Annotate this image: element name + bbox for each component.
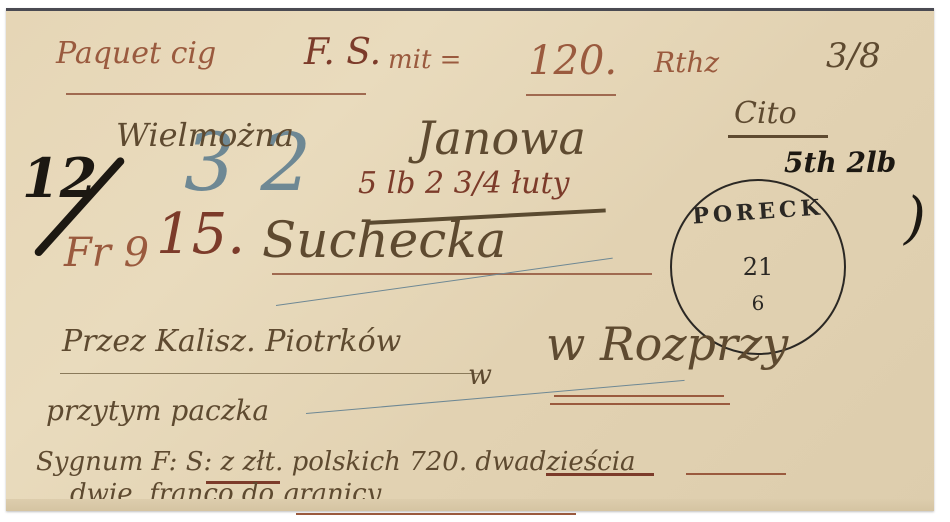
- route-line-2: w Rozprzy: [546, 321, 788, 367]
- underline: [60, 373, 480, 374]
- postal-cover: Paquet cig F. S. mit = 120. Rthz 3/8 Cit…: [6, 8, 934, 511]
- paquet-note: Paquet cig: [56, 39, 216, 69]
- postmark-town: PORECK: [671, 193, 844, 231]
- postmark-month: 6: [672, 291, 844, 315]
- fraction-mark: 3/8: [826, 39, 881, 73]
- rate-15: 15.: [156, 207, 245, 263]
- route-line-5: dwie. franco do granicy.: [70, 481, 386, 507]
- weight-note: 5 lb 2 3/4 łuty: [358, 169, 569, 199]
- underline: [728, 135, 828, 138]
- bracket-mark: ): [904, 191, 926, 247]
- rate-mark: 5th 2lb: [784, 149, 896, 177]
- underline: [554, 395, 724, 397]
- underline: [272, 273, 652, 275]
- postmark-day: 21: [672, 253, 844, 281]
- mit-note: mit =: [388, 47, 461, 73]
- route-line-3: przytym paczka: [46, 397, 269, 425]
- amount-120: 120.: [528, 41, 617, 81]
- route-w: w: [468, 361, 492, 389]
- fs-note: F. S.: [304, 35, 381, 71]
- underline: [66, 93, 366, 95]
- underline: [686, 473, 786, 475]
- route-line-4: Sygnum F: S: z złt. polskich 720. dwadzi…: [36, 449, 636, 475]
- underline: [550, 403, 730, 405]
- address-line-3: Janowa: [416, 115, 586, 161]
- address-line-4: Suchecka: [262, 215, 506, 265]
- fr-mark: Fr 9: [64, 233, 149, 273]
- underline: [296, 513, 576, 515]
- underline: [526, 94, 616, 96]
- route-line-1: Przez Kalisz. Piotrków: [62, 327, 401, 357]
- address-line-1: Wielmożna: [116, 119, 294, 151]
- underline: [546, 473, 654, 476]
- cito-mark: Cito: [734, 99, 797, 129]
- currency-rthz: Rthz: [654, 49, 719, 77]
